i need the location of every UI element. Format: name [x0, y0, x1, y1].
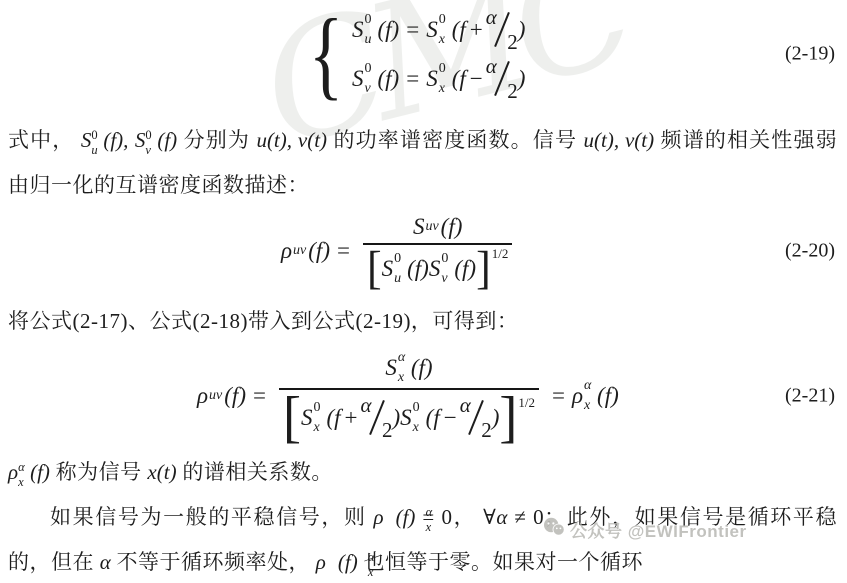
supsub: 0x — [412, 401, 425, 435]
document-page: CMC { S0u(f) = S0x(f + α2 ) S0v(f) — [0, 0, 847, 583]
right-bracket: ] — [499, 394, 517, 442]
slanted-fraction: α2 — [363, 398, 392, 438]
slanted-fraction: α2 — [488, 10, 517, 50]
forall-symbol: ∀ — [483, 505, 496, 529]
supsub: 0x — [312, 401, 325, 435]
wechat-icon — [543, 517, 565, 542]
supsub: 0v — [364, 62, 377, 96]
fraction: Suv(f) [ S0u(f) S0v(f) ]1/2 — [363, 214, 512, 287]
cases-block: S0u(f) = S0x(f + α2 ) S0v(f) = S0x(f − α… — [352, 10, 525, 99]
slanted-fraction: α2 — [488, 59, 517, 99]
supsub: αx — [583, 379, 596, 413]
paragraph-substitute-formulas: 将公式(2-17)、公式(2-18)带入到公式(2-19)，可得到： — [0, 299, 847, 344]
supsub: αx — [326, 551, 337, 578]
fraction-denominator: [ S0u(f) S0v(f) ]1/2 — [363, 243, 512, 287]
fraction: Sαx(f) [ S0x(f + α2 ) S0x(f − α2 ) ]1/2 — [279, 351, 539, 441]
equation-2-20: ρuv(f) = Suv(f) [ S0u(f) S0v(f) ]1/2 (2-… — [0, 202, 847, 300]
paragraph-spectral-correlation-coefficient: ραx(f) 称为信号 x(t) 的谱相关系数。 — [0, 450, 847, 495]
exponent-one-half: 1/2 — [518, 395, 535, 411]
supsub: 0v — [145, 129, 156, 156]
supsub: 0u — [91, 129, 102, 156]
left-bracket: [ — [367, 249, 382, 288]
supsub: αx — [18, 461, 29, 488]
paragraph-psd-definition: 式中， S0u(f), S0v(f) 分别为 u(t), v(t) 的功率谱密度… — [0, 118, 847, 208]
supsub: αx — [384, 506, 395, 533]
slanted-fraction: α2 — [462, 398, 491, 438]
cases-left-brace: { — [309, 8, 344, 100]
equation-2-20-body: ρuv(f) = Suv(f) [ S0u(f) S0v(f) ]1/2 — [281, 214, 518, 287]
supsub: 0v — [440, 252, 453, 286]
supsub: αx — [397, 351, 410, 385]
equation-number-2-19: (2-19) — [785, 43, 835, 66]
equation-2-19: { S0u(f) = S0x(f + α2 ) S0v(f) = S0x(f — [0, 2, 847, 106]
exponent-one-half: 1/2 — [492, 246, 509, 262]
equation-2-19-row-1: S0u(f) = S0x(f + α2 ) — [352, 10, 525, 50]
equation-2-21: ρuv(f) = Sαx(f) [ S0x(f + α2 ) S0x(f − α… — [0, 346, 847, 446]
fraction-numerator: Suv(f) — [403, 214, 472, 243]
left-bracket: [ — [283, 394, 301, 442]
credit-watermark: 公众号 @EWIFrontier — [543, 517, 747, 542]
right-bracket: ] — [476, 249, 491, 288]
equation-2-21-body: ρuv(f) = Sαx(f) [ S0x(f + α2 ) S0x(f − α… — [197, 351, 619, 441]
fraction-numerator: Sαx(f) — [375, 351, 442, 388]
equation-2-19-body: { S0u(f) = S0x(f + α2 ) S0v(f) = S0x(f — [302, 8, 525, 100]
supsub: 0u — [393, 252, 406, 286]
supsub: 0x — [438, 62, 451, 96]
fraction-denominator: [ S0x(f + α2 ) S0x(f − α2 ) ]1/2 — [279, 388, 539, 441]
supsub: 0u — [364, 13, 377, 47]
equation-number-2-21: (2-21) — [785, 385, 835, 408]
credit-watermark-text: 公众号 @EWIFrontier — [570, 517, 747, 542]
equation-2-19-row-2: S0v(f) = S0x(f − α2 ) — [352, 59, 525, 99]
equation-number-2-20: (2-20) — [785, 240, 835, 263]
supsub: 0x — [438, 13, 451, 47]
